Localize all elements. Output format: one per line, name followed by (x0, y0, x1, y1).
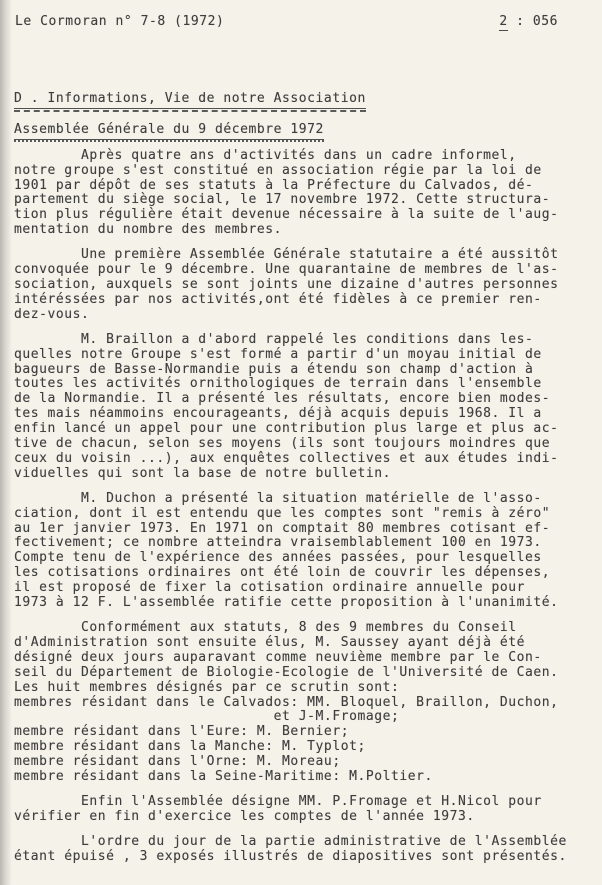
paragraph-ordre-du-jour-fin: L'ordre du jour de la partie administrat… (14, 835, 576, 865)
subsection-heading: Assemblée Générale du 9 décembre 1972 (14, 123, 324, 140)
paragraph-conseil-administration: Conformément aux statuts, 8 des 9 membre… (14, 621, 576, 785)
paragraph-intro-association: Après quatre ans d'activités dans un cad… (14, 149, 576, 238)
page-content: D . Informations, Vie de notre Associati… (0, 92, 602, 865)
paragraph-verificateurs-comptes: Enfin l'Assemblée désigne MM. P.Fromage … (14, 795, 576, 825)
page-ref: : 056 (508, 14, 558, 29)
section-heading: D . Informations, Vie de notre Associati… (14, 92, 366, 109)
volume-number: 2 (499, 14, 507, 31)
journal-title: Le Cormoran n° 7-8 (1972) (15, 15, 224, 30)
paragraph-braillon-rapport: M. Braillon a d'abord rappelé les condit… (14, 333, 576, 482)
paragraph-assemblee-convocation: Une première Assemblée Générale statutai… (14, 248, 576, 323)
paragraph-duchon-finances: M. Duchon a présenté la situation matéri… (14, 492, 576, 611)
article-body: Après quatre ans d'activités dans un cad… (14, 149, 576, 865)
page-number: 2 : 056 (499, 15, 558, 30)
document-page: Le Cormoran n° 7-8 (1972) 2 : 056 D . In… (0, 0, 602, 885)
page-header: Le Cormoran n° 7-8 (1972) 2 : 056 (0, 0, 602, 30)
